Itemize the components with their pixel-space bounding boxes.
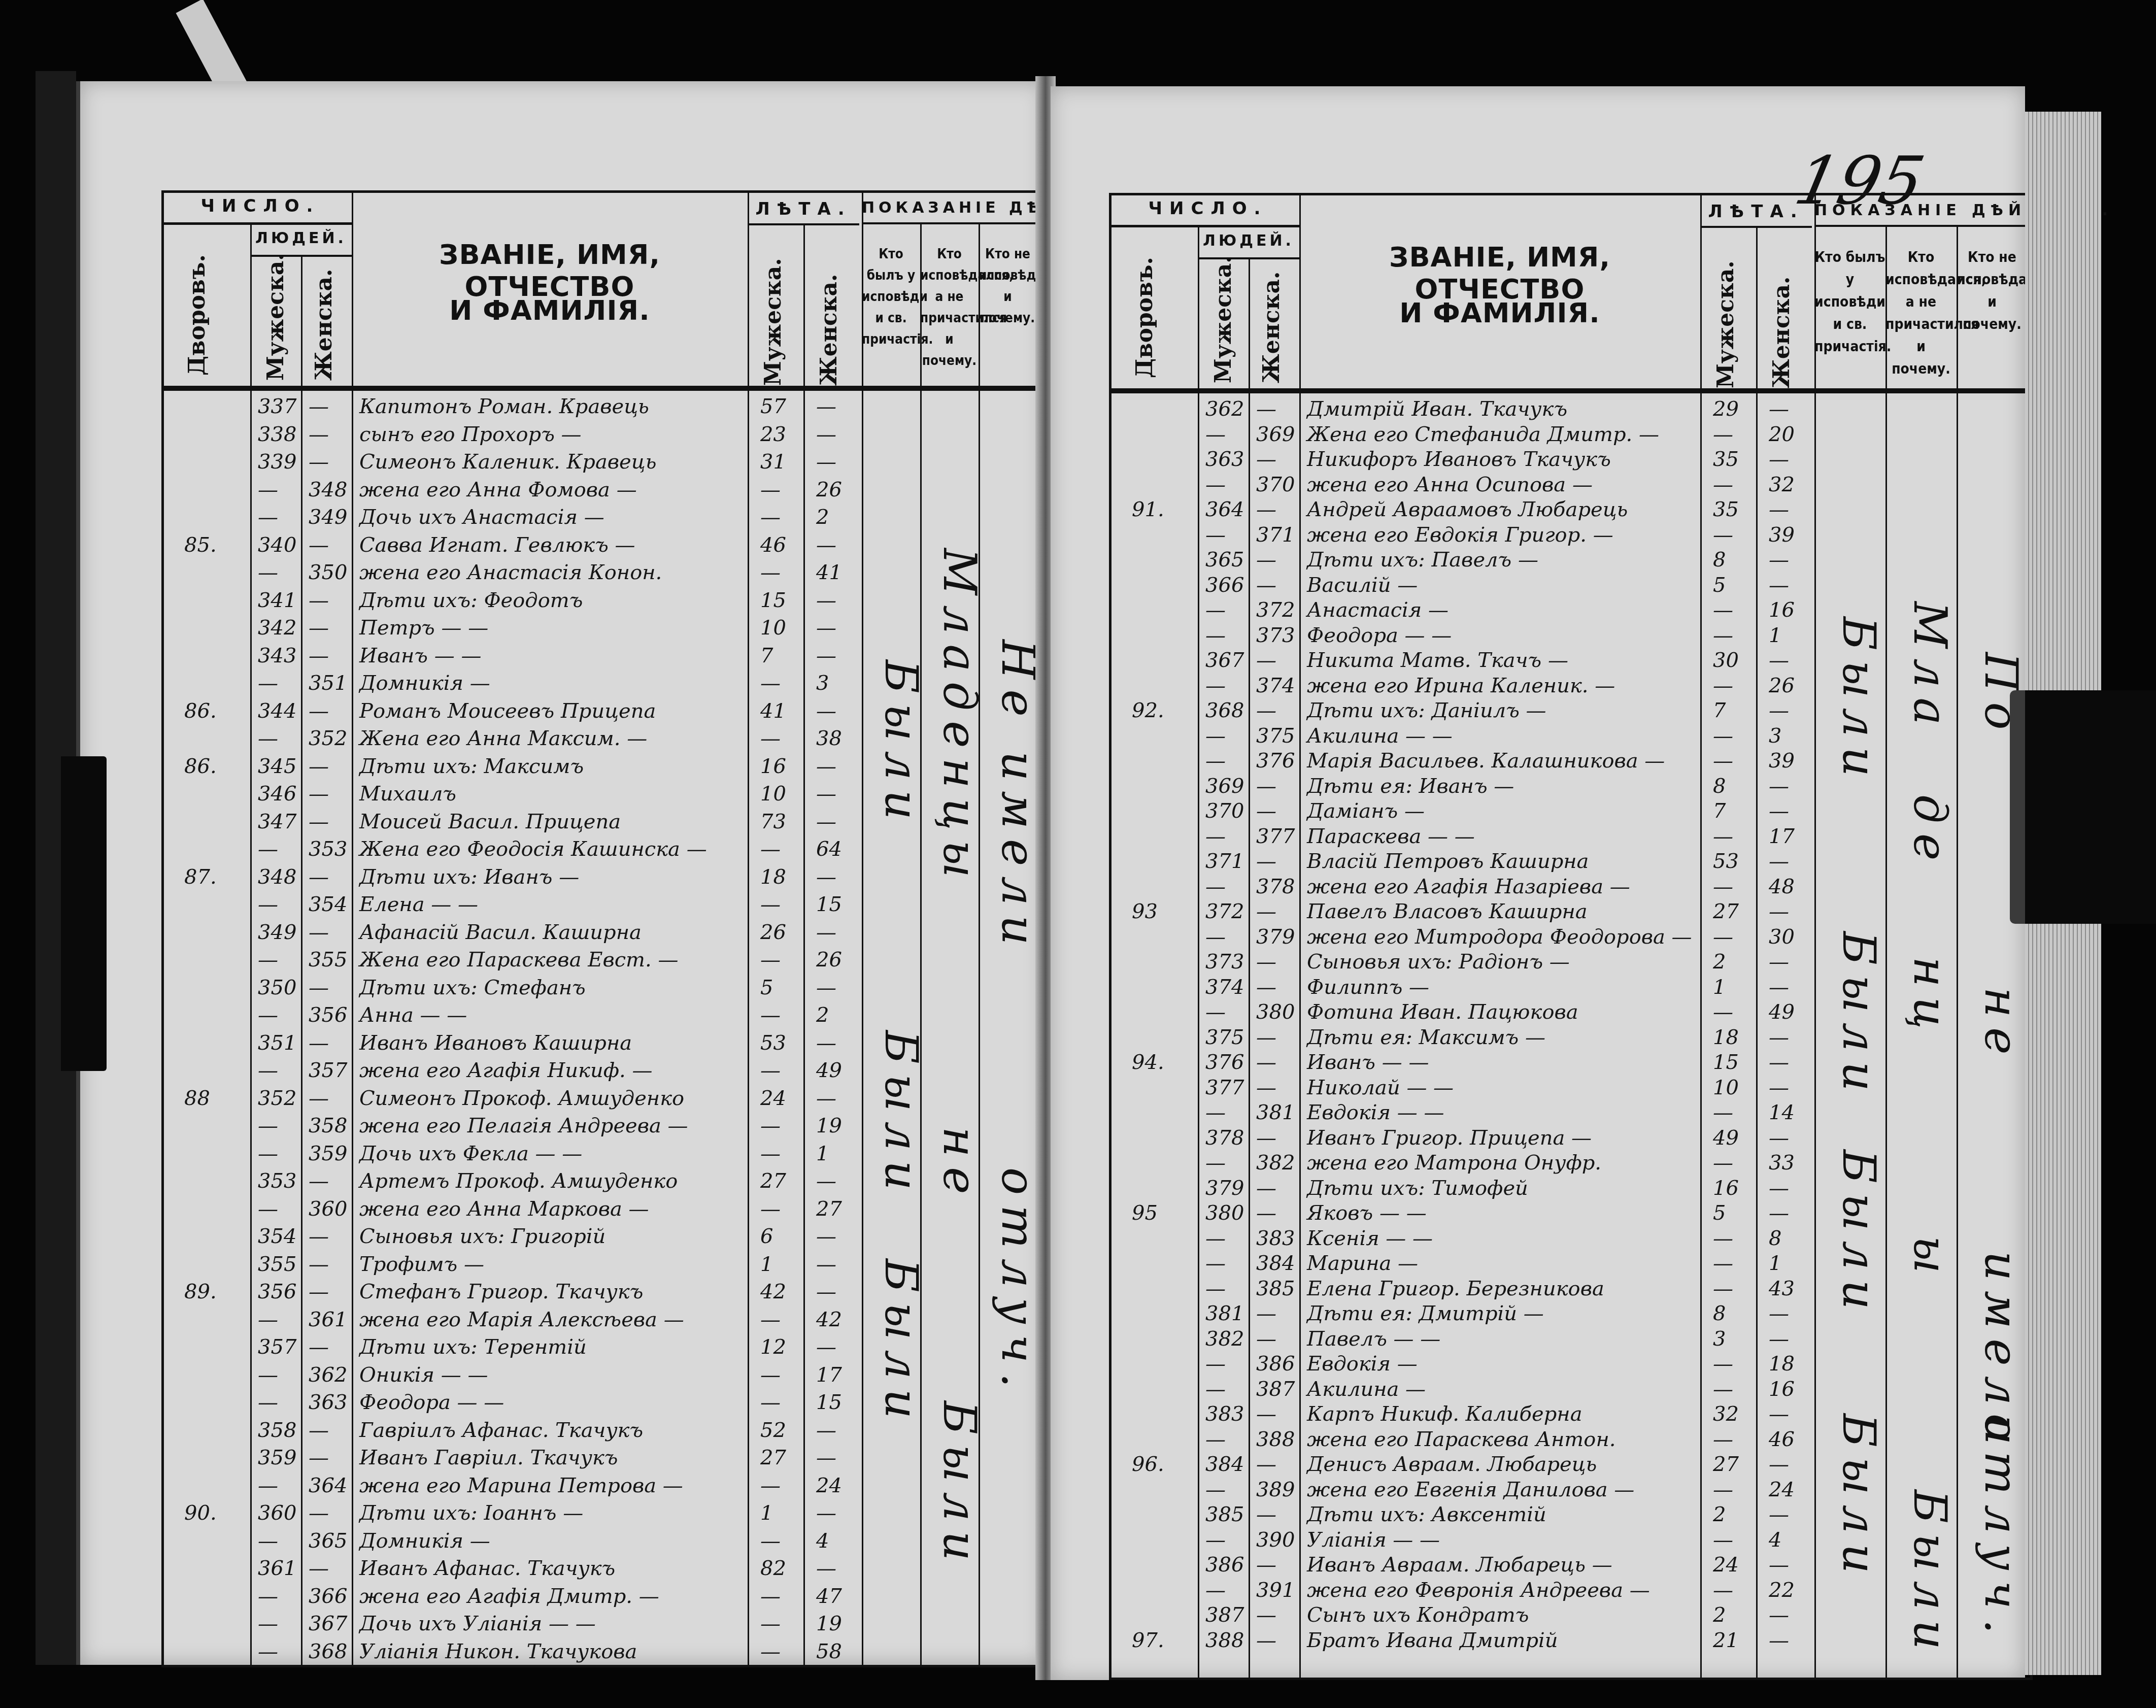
header-muzheska: Мужеска. [263, 269, 289, 381]
person-name: Гавріилъ Афанас. Ткачукъ [359, 1419, 643, 1442]
male-register-number: — [1205, 674, 1226, 697]
male-age: — [1713, 1352, 1733, 1376]
male-age: 7 [760, 644, 773, 667]
male-register-number: 371 [1205, 850, 1244, 873]
male-age: 5 [760, 976, 773, 999]
female-age: 43 [1769, 1277, 1795, 1300]
female-register-number: 370 [1256, 473, 1295, 496]
female-age: 39 [1769, 523, 1795, 547]
person-name: жена его Анна Маркова — [359, 1197, 649, 1221]
female-age: — [1769, 498, 1789, 521]
female-register-number: — [1256, 1603, 1276, 1627]
male-register-number: 359 [258, 1446, 296, 1469]
male-register-number: — [1205, 598, 1226, 622]
female-register-number: 362 [309, 1363, 347, 1387]
female-register-number: — [309, 921, 329, 944]
male-age: — [760, 1391, 781, 1414]
male-register-number: — [1205, 523, 1226, 547]
female-age: — [816, 865, 836, 889]
person-name: Петръ — — [359, 616, 488, 640]
female-register-number: — [1256, 900, 1276, 923]
female-age: — [1769, 699, 1789, 722]
male-register-number: 387 [1205, 1603, 1244, 1627]
person-name: Симеонъ Прокоф. Амшуденко [359, 1087, 684, 1110]
header-leta-zhenska: Женска. [1769, 277, 1795, 388]
male-register-number: — [258, 561, 278, 584]
male-register-number: 342 [258, 616, 296, 640]
person-name: Акилина — — [1307, 724, 1453, 748]
male-age: — [1713, 825, 1733, 848]
annotation-was: Были [874, 1259, 928, 1429]
male-age: 16 [760, 755, 786, 778]
male-age: 35 [1713, 498, 1739, 521]
female-register-number: 359 [309, 1142, 347, 1165]
male-register-number: — [1205, 724, 1226, 748]
person-name: Уліанія Никон. Ткачукова [359, 1640, 637, 1663]
female-age: — [816, 1419, 836, 1442]
male-register-number: 349 [258, 921, 296, 944]
female-age: — [816, 810, 836, 833]
male-age: — [760, 672, 781, 695]
person-name: Карпъ Никиф. Калиберна [1307, 1402, 1582, 1426]
person-name: Сыновья ихъ: Радіонъ — [1307, 950, 1570, 974]
header-lyudey: ЛЮДЕЙ. [1198, 232, 1299, 250]
male-register-number: — [1205, 925, 1226, 949]
female-age: — [1769, 448, 1789, 471]
female-age: — [1769, 1026, 1789, 1049]
female-age: 2 [816, 506, 829, 529]
left-page: ЧИСЛО. ЛЮДЕЙ. Дворовъ. Мужеска. Женска. … [76, 81, 1045, 1665]
annotation-was: Были [874, 1030, 928, 1200]
male-age: 15 [760, 589, 786, 612]
male-age: 15 [1713, 1051, 1739, 1074]
male-register-number: 386 [1205, 1553, 1244, 1577]
male-register-number: 365 [1205, 548, 1244, 572]
male-age: 35 [1713, 448, 1739, 471]
male-age: — [1713, 875, 1733, 898]
male-age: — [760, 1585, 781, 1608]
female-age: — [816, 1225, 836, 1248]
female-register-number: 378 [1256, 875, 1295, 898]
female-register-number: — [309, 976, 329, 999]
female-age: 33 [1769, 1151, 1795, 1175]
male-age: 3 [1713, 1327, 1726, 1351]
female-register-number: — [309, 1501, 329, 1525]
female-register-number: 355 [309, 948, 347, 972]
male-register-number: — [258, 1612, 278, 1635]
female-register-number: — [309, 782, 329, 806]
female-age: 39 [1769, 749, 1795, 773]
male-register-number: 381 [1205, 1302, 1244, 1325]
person-name: Иванъ Григор. Прицепа — [1307, 1126, 1592, 1150]
person-name: Иванъ — — [1307, 1051, 1429, 1074]
female-register-number: 368 [309, 1640, 347, 1663]
female-age: 16 [1769, 1378, 1795, 1401]
female-register-number: — [309, 1031, 329, 1055]
male-register-number: 358 [258, 1419, 296, 1442]
household-number: 86. [184, 699, 217, 723]
male-age: 27 [1713, 900, 1739, 923]
male-age: 73 [760, 810, 786, 833]
male-age: 10 [760, 616, 786, 640]
annotation-was: Были [1832, 931, 1885, 1101]
male-register-number: 347 [258, 810, 296, 833]
male-register-number: 369 [1205, 775, 1244, 798]
male-register-number: — [258, 1363, 278, 1387]
female-age: — [1769, 1201, 1789, 1225]
person-name: жена его Марія Алексѣева — [359, 1308, 684, 1331]
female-age: 30 [1769, 925, 1795, 949]
left-register-table: ЧИСЛО. ЛЮДЕЙ. Дворовъ. Мужеска. Женска. … [161, 190, 1039, 1667]
person-name: Дѣти ихъ: Феодотъ [359, 589, 583, 612]
header-col-not-confessed: Кто не исповѣдался и почему. [979, 244, 1037, 329]
female-age: 41 [816, 561, 842, 584]
person-name: Афанасій Васил. Каширна [359, 921, 642, 944]
table-header: ЧИСЛО. ЛЮДЕЙ. Дворовъ. Мужеска. Женска. … [164, 193, 1037, 391]
female-age: — [1769, 900, 1789, 923]
header-muzheska: Мужеска. [1210, 272, 1236, 383]
household-number: 89. [184, 1280, 217, 1303]
female-age: — [1769, 1629, 1789, 1652]
male-register-number: — [258, 1529, 278, 1553]
annotation-was: Были [1832, 617, 1885, 787]
male-register-number: — [258, 478, 278, 501]
male-register-number: — [258, 506, 278, 529]
person-name: Дмитрій Иван. Ткачукъ [1307, 397, 1567, 421]
female-age: — [816, 755, 836, 778]
male-age: — [1713, 523, 1733, 547]
male-register-number: 376 [1205, 1051, 1244, 1074]
female-register-number: — [1256, 1629, 1276, 1652]
female-register-number: 383 [1256, 1227, 1295, 1250]
female-age: 49 [1769, 1000, 1795, 1024]
female-register-number: — [1256, 950, 1276, 974]
person-name: Евдокія — [1307, 1352, 1418, 1376]
header-dvorov: Дворовъ. [184, 254, 210, 376]
male-age: 42 [760, 1280, 786, 1303]
person-name: Трофимъ — [359, 1253, 484, 1276]
female-register-number: — [309, 1169, 329, 1193]
male-age: 21 [1713, 1629, 1739, 1652]
male-age: 2 [1713, 950, 1726, 974]
female-age: — [1769, 1076, 1789, 1099]
header-dvorov: Дворовъ. [1132, 256, 1158, 378]
male-age: 53 [1713, 850, 1739, 873]
female-register-number: — [309, 755, 329, 778]
male-age: — [760, 1114, 781, 1137]
male-register-number: 361 [258, 1557, 296, 1580]
female-register-number: — [309, 533, 329, 557]
male-register-number: — [258, 1114, 278, 1137]
male-age: — [760, 893, 781, 916]
female-register-number: — [309, 616, 329, 640]
female-age: — [816, 921, 836, 944]
person-name: Никифоръ Ивановъ Ткачукъ [1307, 448, 1611, 471]
male-register-number: 362 [1205, 397, 1244, 421]
female-age: — [1769, 799, 1789, 823]
male-register-number: — [258, 893, 278, 916]
male-register-number: 385 [1205, 1503, 1244, 1526]
female-age: 46 [1769, 1428, 1795, 1451]
male-register-number: 353 [258, 1169, 296, 1193]
person-name: Дѣти ихъ: Тимофей [1307, 1177, 1528, 1200]
right-page: ЧИСЛО. ЛЮДЕЙ. Дворовъ. Мужеска. Женска. … [1051, 86, 2025, 1680]
male-register-number: — [1205, 1528, 1226, 1552]
male-register-number: — [1205, 1101, 1226, 1124]
person-name: Жена его Стефанида Дмитр. — [1307, 423, 1659, 446]
person-name: Иванъ Гавріил. Ткачукъ [359, 1446, 618, 1469]
person-name: Власій Петровъ Каширна [1307, 850, 1589, 873]
female-age: 1 [1769, 624, 1781, 647]
person-name: Дѣти ихъ: Іоаннъ — [359, 1501, 583, 1525]
male-age: — [1713, 749, 1733, 773]
female-age: — [816, 1031, 836, 1055]
female-age: 22 [1769, 1579, 1795, 1602]
male-age: 2 [1713, 1503, 1726, 1526]
female-register-number: — [309, 644, 329, 667]
male-register-number: 373 [1205, 950, 1244, 974]
female-register-number: 382 [1256, 1151, 1295, 1175]
female-register-number: 369 [1256, 423, 1295, 446]
household-number: 97. [1132, 1629, 1164, 1652]
female-register-number: — [1256, 574, 1276, 597]
female-register-number: 367 [309, 1612, 347, 1635]
male-age: — [1713, 1101, 1733, 1124]
male-age: — [760, 838, 781, 861]
person-name: Братъ Ивана Дмитрій [1307, 1629, 1558, 1652]
male-age: — [760, 561, 781, 584]
male-age: — [760, 727, 781, 750]
male-age: 27 [760, 1169, 786, 1193]
female-age: 47 [816, 1585, 842, 1608]
person-name: жена его Анна Осипова — [1307, 473, 1593, 496]
header-col-not-confessed: Кто не исповѣдался и почему. [1957, 246, 2028, 336]
female-register-number: 353 [309, 838, 347, 861]
female-register-number: 391 [1256, 1579, 1295, 1602]
female-age: 26 [816, 478, 842, 501]
household-number: 91. [1132, 498, 1164, 521]
person-name: Акилина — [1307, 1378, 1426, 1401]
male-register-number: 375 [1205, 1026, 1244, 1049]
person-name: Романъ Моисеевъ Прицепа [359, 699, 656, 723]
female-register-number: — [1256, 1201, 1276, 1225]
person-name: жена его Февронія Андреева — [1307, 1579, 1650, 1602]
person-name: Стефанъ Григор. Ткачукъ [359, 1280, 643, 1303]
person-name: Марія Васильев. Калашникова — [1307, 749, 1665, 773]
female-age: 15 [816, 893, 842, 916]
male-register-number: 360 [258, 1501, 296, 1525]
female-age: — [816, 1501, 836, 1525]
male-register-number: — [1205, 1252, 1226, 1275]
person-name: Сынъ ихъ Кондратъ [1307, 1603, 1529, 1627]
male-register-number: — [258, 838, 278, 861]
male-age: 10 [760, 782, 786, 806]
female-age: — [1769, 649, 1789, 672]
female-age: — [1769, 397, 1789, 421]
male-register-number: 341 [258, 589, 296, 612]
male-age: 53 [760, 1031, 786, 1055]
female-age: — [1769, 775, 1789, 798]
female-register-number: 363 [309, 1391, 347, 1414]
male-register-number: 340 [258, 533, 296, 557]
person-name: Дѣти ихъ: Павелъ — [1307, 548, 1538, 572]
person-name: жена его Марина Петрова — [359, 1474, 683, 1497]
female-register-number: 349 [309, 506, 347, 529]
female-register-number: 376 [1256, 749, 1295, 773]
household-number: 90. [184, 1501, 217, 1525]
female-age: 19 [816, 1114, 842, 1137]
female-age: 27 [816, 1197, 842, 1221]
female-age: 24 [816, 1474, 842, 1497]
female-age: — [816, 395, 836, 418]
person-name: Феодора — — [359, 1391, 504, 1414]
female-register-number: 372 [1256, 598, 1295, 622]
person-name: Капитонъ Роман. Кравець [359, 395, 649, 418]
female-register-number: 373 [1256, 624, 1295, 647]
male-age: — [1713, 1227, 1733, 1250]
female-age: 16 [1769, 598, 1795, 622]
female-register-number: — [1256, 1402, 1276, 1426]
female-register-number: 385 [1256, 1277, 1295, 1300]
male-register-number: — [1205, 1579, 1226, 1602]
male-age: 6 [760, 1225, 773, 1248]
male-age: 32 [1713, 1402, 1739, 1426]
male-register-number: — [1205, 1378, 1226, 1401]
person-name: Евдокія — — [1307, 1101, 1444, 1124]
person-name: Филиппъ — [1307, 976, 1429, 999]
female-age: — [816, 589, 836, 612]
male-register-number: 345 [258, 755, 296, 778]
male-age: 8 [1713, 775, 1726, 798]
female-register-number: — [1256, 1453, 1276, 1476]
male-register-number: — [1205, 749, 1226, 773]
header-lyudey: ЛЮДЕЙ. [250, 229, 352, 247]
person-name: Иванъ Авраам. Любарець — [1307, 1553, 1612, 1577]
female-age: 19 [816, 1612, 842, 1635]
household-number: 92. [1132, 699, 1164, 722]
male-age: — [760, 1308, 781, 1331]
header-title-line2: И ФАМИЛІЯ. [352, 294, 748, 326]
female-age: — [1769, 1051, 1789, 1074]
annotation-absent: отлуч. [1974, 1414, 2028, 1644]
female-register-number: 366 [309, 1585, 347, 1608]
female-register-number: — [1256, 1051, 1276, 1074]
female-register-number: — [1256, 548, 1276, 572]
person-name: Дочь ихъ Уліанія — — [359, 1612, 596, 1635]
male-age: 26 [760, 921, 786, 944]
female-age: 15 [816, 1391, 842, 1414]
female-register-number: — [1256, 1302, 1276, 1325]
male-age: — [1713, 1579, 1733, 1602]
right-register-table: ЧИСЛО. ЛЮДЕЙ. Дворовъ. Мужеска. Женска. … [1109, 193, 2033, 1680]
female-age: — [816, 1087, 836, 1110]
male-register-number: 382 [1205, 1327, 1244, 1351]
female-register-number: 358 [309, 1114, 347, 1137]
female-register-number: 377 [1256, 825, 1295, 848]
annotation-was: Были [1832, 1150, 1885, 1320]
female-register-number: — [1256, 1503, 1276, 1526]
header-col-confessed-not-communed: Кто исповѣдался, а не причастился и поче… [1885, 246, 1957, 380]
annotation-was: Были [874, 660, 928, 830]
person-name: Даміанъ — [1307, 799, 1425, 823]
male-age: — [1713, 674, 1733, 697]
male-age: — [760, 506, 781, 529]
female-register-number: — [1256, 1177, 1276, 1200]
header-title-line1: ЗВАНІЕ, ИМЯ, ОТЧЕСТВО [352, 239, 748, 303]
person-name: жена его Матрона Онуфр. [1307, 1151, 1601, 1175]
female-age: — [1769, 1402, 1789, 1426]
female-register-number: — [309, 1253, 329, 1276]
person-name: Жена его Параскева Евст. — [359, 948, 678, 972]
annotation-was: Были [933, 1401, 986, 1571]
person-name: Ксенія — — [1307, 1227, 1433, 1250]
female-age: — [816, 616, 836, 640]
annotation-not: не [1974, 987, 2028, 1065]
female-age: 8 [1769, 1227, 1781, 1250]
male-age: 1 [760, 1253, 773, 1276]
person-name: Елена Григор. Березникова [1307, 1277, 1604, 1300]
male-register-number: — [258, 1474, 278, 1497]
male-age: 24 [760, 1087, 786, 1110]
female-register-number: — [309, 1446, 329, 1469]
male-register-number: 348 [258, 865, 296, 889]
female-age: — [1769, 1327, 1789, 1351]
male-register-number: 377 [1205, 1076, 1244, 1099]
female-age: — [1769, 850, 1789, 873]
female-age: — [816, 423, 836, 446]
person-name: жена его Митродора Феодорова — [1307, 925, 1692, 949]
person-name: Дѣти ихъ: Даніилъ — [1307, 699, 1546, 722]
header-col-was: Кто былъ у исповѣди и св. причастія. [1814, 246, 1885, 358]
female-register-number: — [1256, 649, 1276, 672]
header-chislo: ЧИСЛО. [169, 196, 352, 216]
female-register-number: 352 [309, 727, 347, 750]
person-name: сынъ его Прохоръ — [359, 423, 582, 446]
male-register-number: 351 [258, 1031, 296, 1055]
male-age: — [760, 948, 781, 972]
female-register-number: — [1256, 498, 1276, 521]
female-register-number: 380 [1256, 1000, 1295, 1024]
male-age: 2 [1713, 1603, 1726, 1627]
person-name: Дѣти ея: Дмитрій — [1307, 1302, 1544, 1325]
person-name: Моисей Васил. Прицепа [359, 810, 621, 833]
female-age: — [1769, 1177, 1789, 1200]
female-age: 3 [816, 672, 829, 695]
male-age: 30 [1713, 649, 1739, 672]
female-age: 17 [816, 1363, 842, 1387]
male-register-number: 374 [1205, 976, 1244, 999]
person-name: жена его Анна Фомова — [359, 478, 637, 501]
header-leta-muzheska: Мужеска. [760, 274, 786, 386]
household-number: 93 [1132, 900, 1158, 923]
person-name: Дѣти ихъ: Терентій [359, 1335, 587, 1359]
person-name: Домникія — [359, 1529, 490, 1553]
female-age: 18 [1769, 1352, 1795, 1376]
person-name: жена его Пелагія Андреева — [359, 1114, 688, 1137]
header-title-line2: И ФАМИЛІЯ. [1299, 297, 1700, 329]
female-age: 3 [1769, 724, 1781, 748]
person-name: Денисъ Авраам. Любарець [1307, 1453, 1597, 1476]
male-register-number: 356 [258, 1280, 296, 1303]
annotation-infants: нц [1903, 957, 1957, 1039]
male-register-number: — [1205, 1151, 1226, 1175]
female-age: — [816, 1446, 836, 1469]
female-register-number: 384 [1256, 1252, 1295, 1275]
male-age: 18 [1713, 1026, 1739, 1049]
male-register-number: 338 [258, 423, 296, 446]
annotation-infants: ы [1903, 1236, 1957, 1283]
female-register-number: — [1256, 775, 1276, 798]
